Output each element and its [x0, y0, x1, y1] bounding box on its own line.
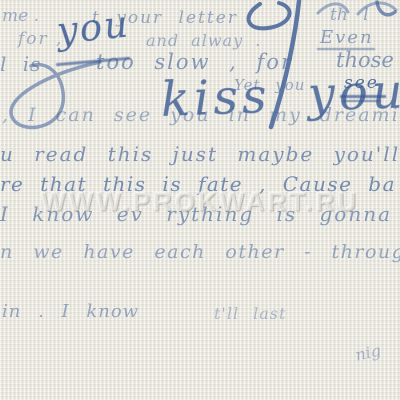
script-line: t'll last	[214, 306, 286, 322]
script-line: and alway .	[146, 33, 261, 49]
ink-underline	[317, 48, 375, 50]
script-line: in . I know	[2, 303, 139, 321]
overlay-word-you: you	[55, 5, 131, 49]
script-line: nig	[354, 343, 382, 364]
script-line: th l	[330, 7, 369, 24]
script-line: Even	[320, 29, 374, 47]
watermark-text: WWW.PROKWART.RU	[41, 187, 359, 218]
wallpaper-texture-photo: me . t your letter th l for , and alway …	[0, 0, 400, 400]
flourish-top-right-loop	[249, 3, 290, 28]
flourish-top-corner	[377, 2, 395, 15]
script-line: u read this just maybe you'll	[0, 144, 400, 164]
script-line: me .	[2, 8, 39, 25]
ink-underline	[343, 100, 381, 102]
ink-underline	[340, 95, 386, 98]
script-line: l is	[0, 54, 41, 74]
script-line: n we have each other - through	[0, 243, 400, 262]
